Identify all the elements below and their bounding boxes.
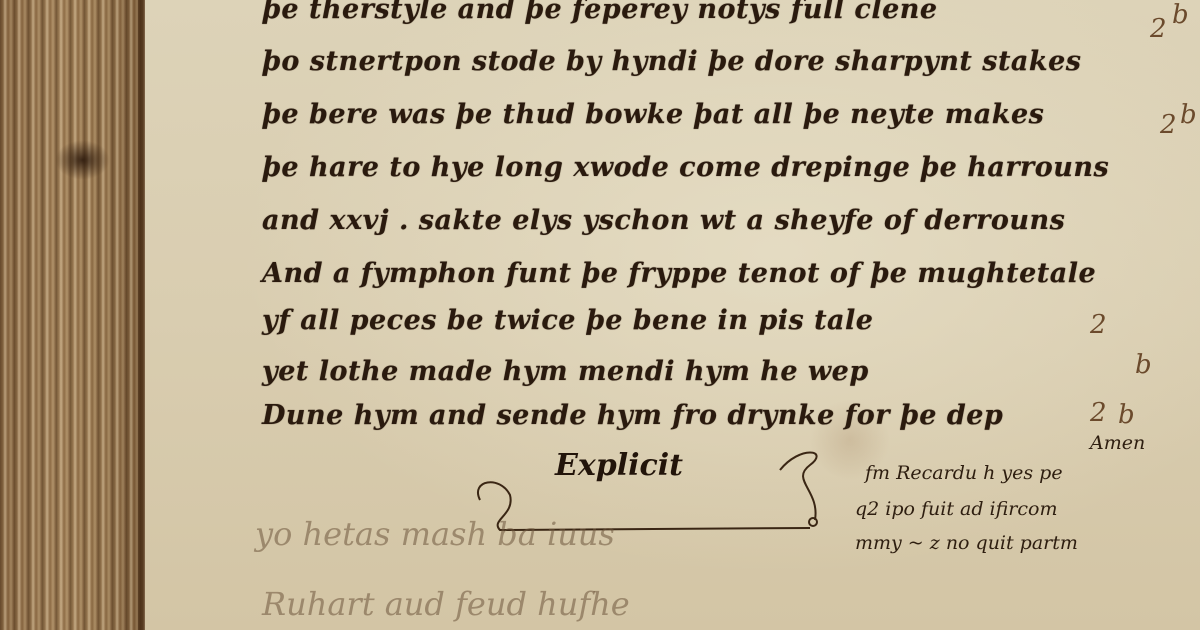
margin-mark-8: b [1118, 400, 1135, 430]
text-line-7: yf all peces be twice þe bene in pis tal… [262, 305, 873, 336]
manuscript-photo: þe therstyle and þe feperey notys full c… [0, 0, 1200, 630]
text-line-8: yet lothe made hym mendi hym he wep [262, 356, 869, 387]
text-line-1: þe therstyle and þe feperey notys full c… [262, 0, 938, 25]
margin-mark-4: b [1180, 100, 1197, 130]
faded-annotation-1: yo hetas mash ba iuus [255, 515, 615, 553]
margin-mark-6: b [1135, 350, 1152, 380]
text-line-4: þe hare to hye long xwode come drepinge … [262, 152, 1109, 183]
text-line-9: Dune hym and sende hym fro drynke for þe… [262, 400, 1003, 431]
ink-stain [55, 140, 110, 180]
text-line-6: And a fymphon funt þe fryppe tenot of þe… [262, 258, 1096, 289]
marginal-note-line-3: q2 ipo fuit ad ifircom [855, 498, 1058, 520]
text-line-2: þo stnertpon stode by hyndi þe dore shar… [262, 46, 1082, 77]
margin-mark-2: b [1172, 0, 1189, 30]
text-line-3: þe bere was þe thud bowke þat all þe ney… [262, 99, 1044, 130]
margin-mark-5: 2 [1090, 310, 1107, 340]
margin-mark-3: 2 [1160, 110, 1177, 140]
marginal-note-line-2: fm Recardu h yes pe [865, 462, 1063, 484]
text-line-5: and xxvj . sakte elys yschon wt a sheyfe… [262, 205, 1065, 236]
explicit-heading: Explicit [555, 448, 683, 483]
marginal-note-line-1: Amen [1090, 432, 1145, 454]
marginal-note-line-4: mmy ~ z no quit partm [855, 532, 1078, 554]
faded-annotation-2: Ruhart aud feud hufhe [262, 585, 630, 623]
book-page-edges [0, 0, 145, 630]
margin-mark-7: 2 [1090, 398, 1107, 428]
margin-mark-1: 2 [1150, 14, 1167, 44]
